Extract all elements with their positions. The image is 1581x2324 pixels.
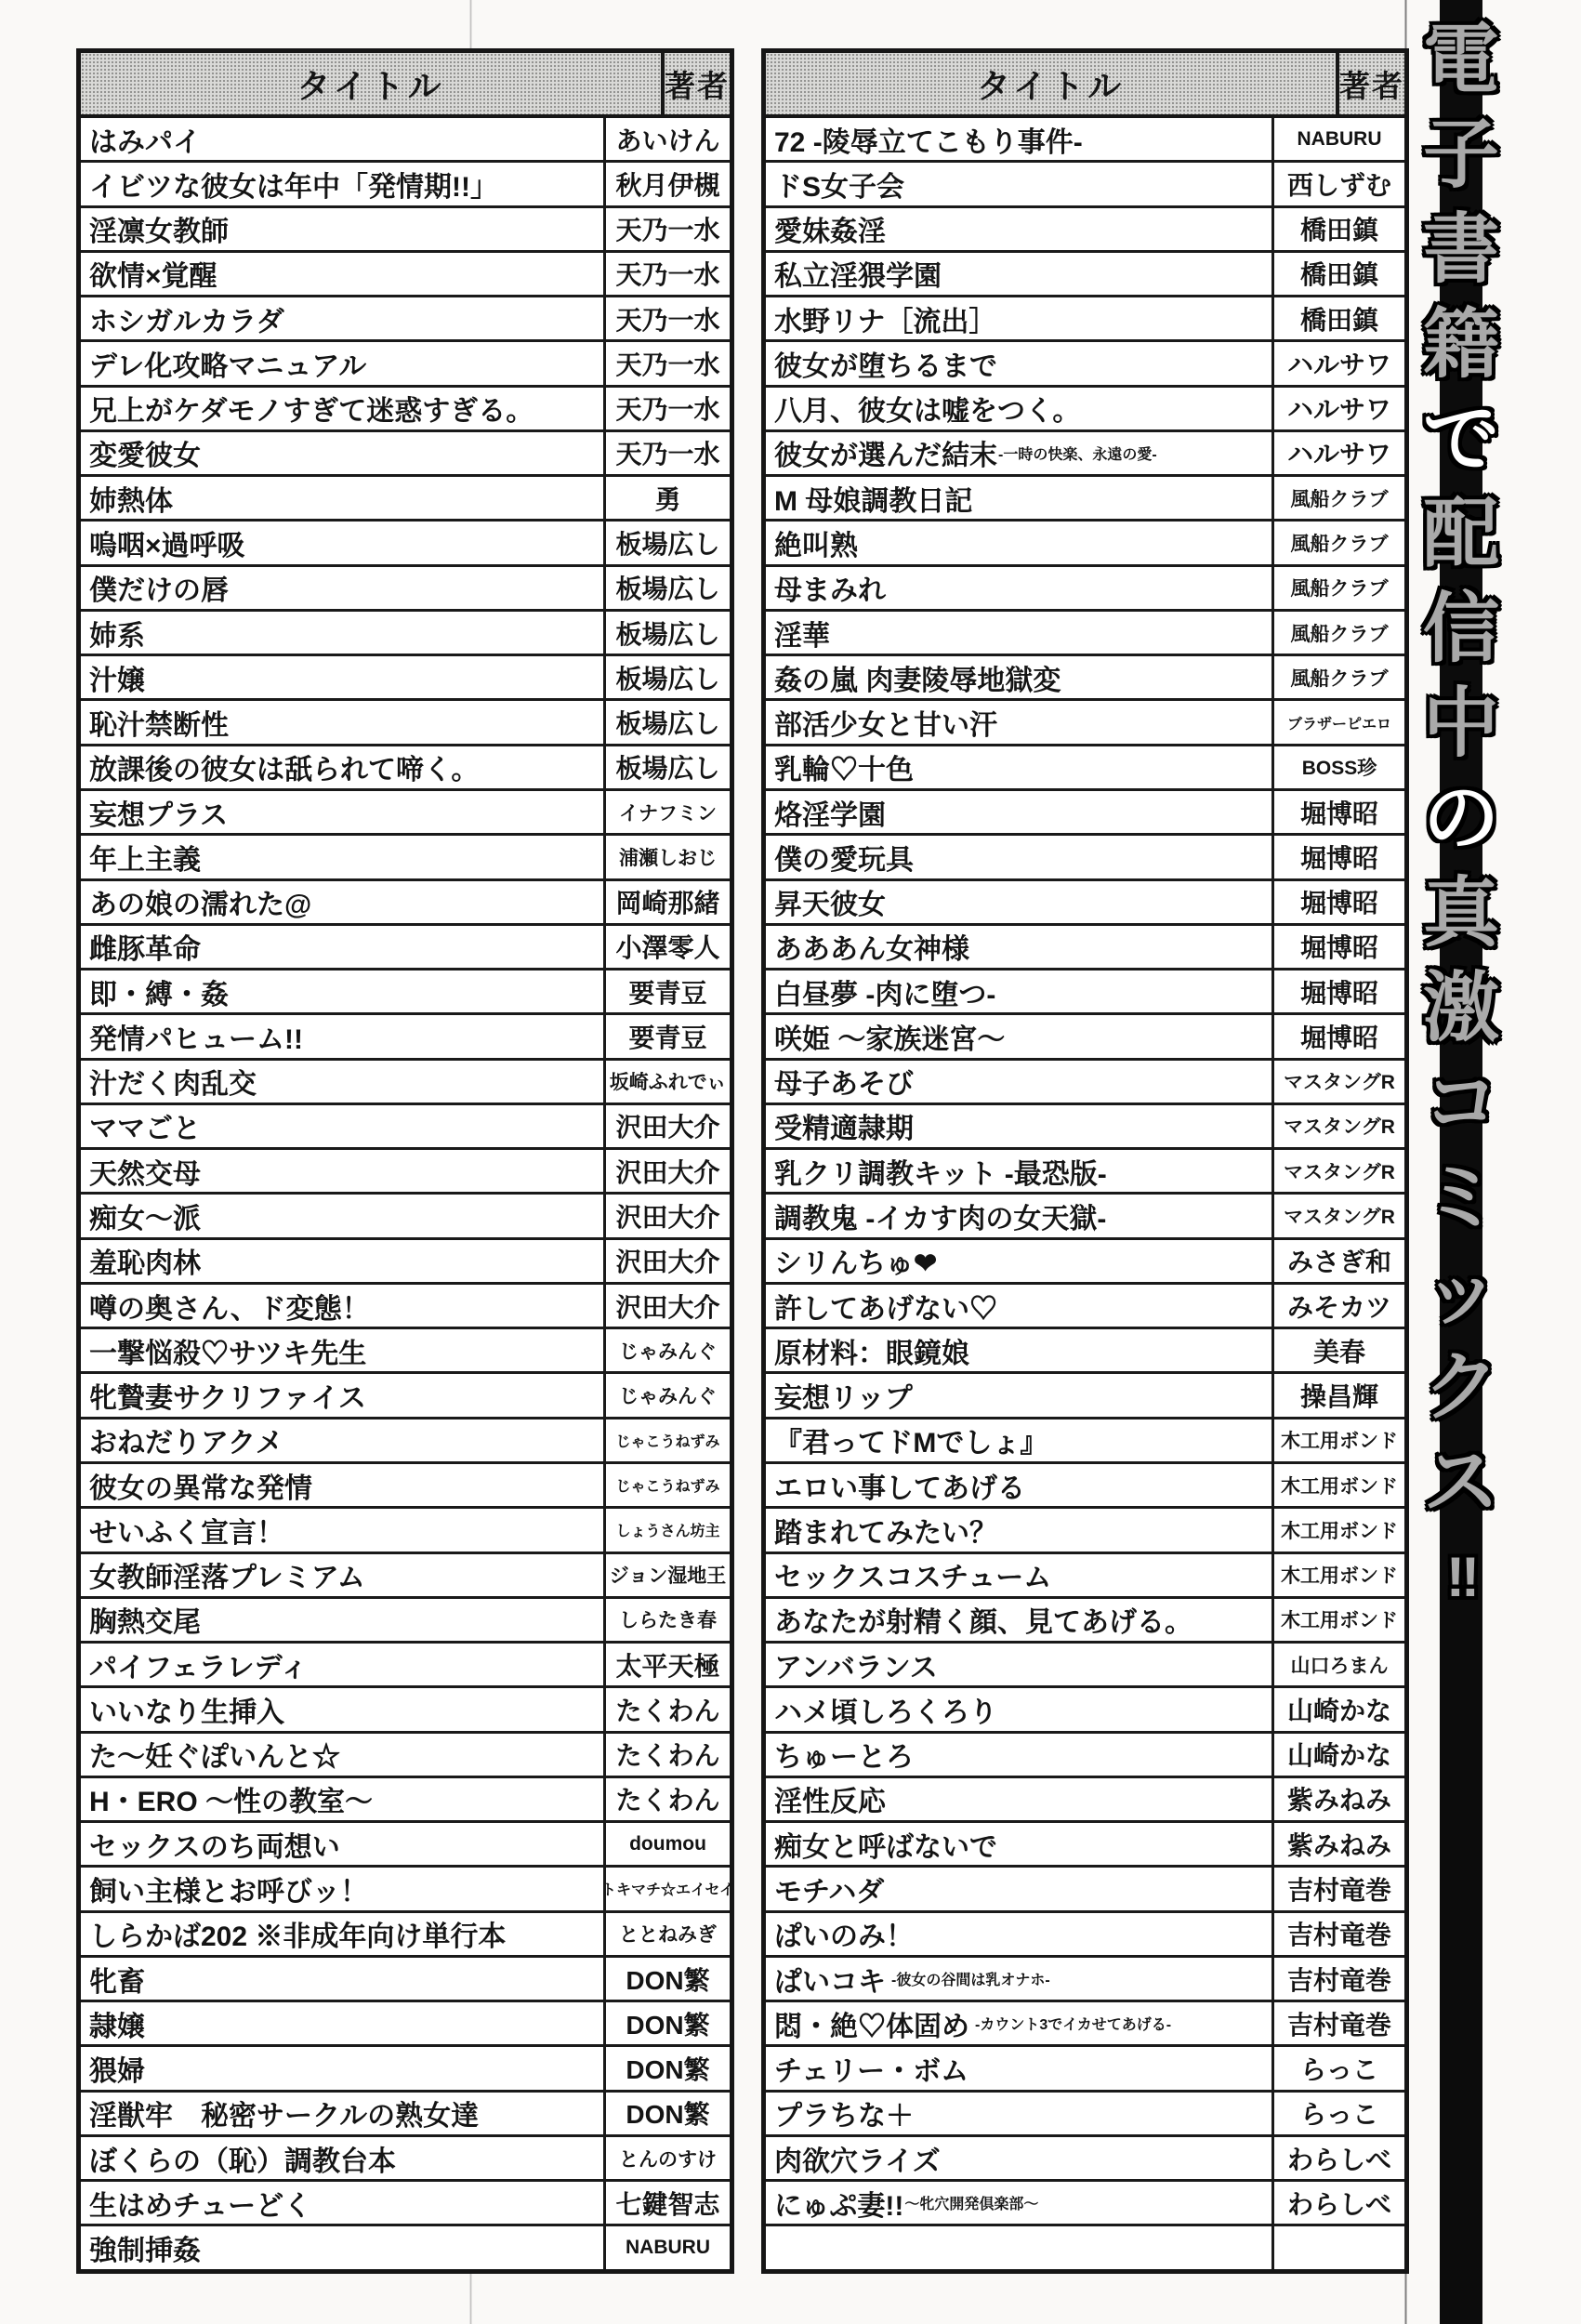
author-cell: 板場広し [606,522,730,563]
book-title: ドS女子会 [774,164,904,205]
title-cell: 母子あそび [766,1061,1274,1103]
table-row: あああん女神様堀博昭 [766,926,1404,971]
title-cell: ホシガルカラダ [81,297,606,339]
author-cell: わらしべ [1274,2182,1404,2224]
table-row: 嗚咽×過呼吸板場広し [81,522,730,566]
book-title: 妄想プラス [89,792,228,833]
book-list-table-left: タイトル 著者 はみパイあいけんイビツな彼女は年中「発情期!!」秋月伊槻淫凛女教… [76,48,734,2274]
title-cell: しらかば202 ※非成年向け単行本 [81,1913,606,1955]
table-row: モチハダ吉村竜巻 [766,1868,1404,1912]
book-title: 淫性反応 [774,1778,886,1819]
book-title: 受精適隷期 [774,1105,914,1146]
author-cell: DON繁 [606,2093,730,2134]
book-title: 僕の愛玩具 [774,837,914,878]
title-cell: 恥汁禁断性 [81,701,606,743]
author-cell: ジョン湿地王 [606,1554,730,1596]
author-cell: 天乃一水 [606,297,730,339]
author-cell: 操昌輝 [1274,1374,1404,1416]
author-cell: 板場広し [606,612,730,654]
book-title: シリんちゅ❤ [774,1240,937,1281]
book-title: 彼女が堕ちるまで [774,343,997,384]
book-title: せいふく宣言！ [89,1510,284,1551]
title-cell: ぱいコキ-彼女の谷間は乳オナホ- [766,1958,1274,2000]
title-cell: 僕だけの唇 [81,567,606,609]
book-title: 乳クリ調教キット -最恐版- [774,1151,1107,1192]
table-row: 乳輪♡十色BOSS珍 [766,746,1404,791]
book-title: 姉熱体 [89,478,173,519]
book-title: 汁だく肉乱交 [89,1061,257,1102]
table-row: 淫性反応紫みねみ [766,1778,1404,1823]
book-title: 隷嬢 [89,2003,145,2044]
title-cell: 猥婦 [81,2047,606,2089]
author-cell: ハルサワ [1274,342,1404,384]
table-row: 愛妹姦淫橋田鎮 [766,208,1404,253]
title-cell: 放課後の彼女は舐られて啼く。 [81,746,606,788]
title-cell: 彼女が堕ちるまで [766,342,1274,384]
title-cell: セックスコスチューム [766,1554,1274,1596]
author-cell: 堀博昭 [1274,836,1404,878]
table-row: 変愛彼女天乃一水 [81,432,730,477]
author-cell: 風船クラブ [1274,567,1404,609]
title-cell: 72 -陵辱立てこもり事件- [766,118,1274,160]
table-row: せいふく宣言！しょうさん坊主 [81,1509,730,1553]
table-row: 強制挿姦NABURU [81,2226,730,2268]
book-title: 姦の嵐 肉妻陵辱地獄変 [774,657,1061,698]
book-title: 僕だけの唇 [89,567,229,608]
title-cell: 彼女が選んだ結末-一時の快楽、永遠の愛- [766,432,1274,474]
book-title: いいなり生挿入 [89,1689,284,1730]
scanned-catalog-page: タイトル 著者 はみパイあいけんイビツな彼女は年中「発情期!!」秋月伊槻淫凛女教… [0,0,1581,2324]
book-title: 私立淫猥学園 [774,253,942,294]
author-cell: 紫みねみ [1274,1823,1404,1865]
title-cell: 淫獣牢 秘密サークルの熟女達 [81,2093,606,2134]
author-cell: 木工用ボンド [1274,1599,1404,1641]
table-row: パイフェラレディ太平天極 [81,1644,730,1688]
table-row: 淫獣牢 秘密サークルの熟女達DON繁 [81,2093,730,2137]
banner-character: 真 [1415,866,1508,961]
banner-character: の [1415,772,1508,866]
table-header-row: タイトル 著者 [81,53,730,118]
table-row: 部活少女と甘い汗ブラザーピエロ [766,701,1404,746]
author-cell: らっこ [1274,2093,1404,2134]
table-row: ぼくらの（恥）調教台本とんのすけ [81,2137,730,2182]
table-row: 彼女の異常な発情じゃこうねずみ [81,1464,730,1509]
book-title: 母子あそび [774,1061,914,1102]
banner-character: 中 [1415,677,1508,772]
author-cell: らっこ [1274,2047,1404,2089]
book-title: 天然交母 [89,1151,201,1192]
book-subtitle: -彼女の谷間は乳オナホ- [891,1968,1050,1989]
book-title: チェリー・ボム [774,2048,968,2089]
book-title: ちゅーとろ [774,1734,914,1775]
author-cell: 橋田鎮 [1274,208,1404,250]
author-cell: 沢田大介 [606,1105,730,1147]
title-cell: 愛妹姦淫 [766,208,1274,250]
title-cell: 女教師淫落プレミアム [81,1554,606,1596]
author-cell: 板場広し [606,567,730,609]
author-cell: トキマチ☆エイセイ [606,1868,730,1909]
banner-character: 配 [1415,487,1508,582]
author-column-header: 著者 [1339,53,1404,114]
author-cell: 沢田大介 [606,1240,730,1282]
author-cell: 紫みねみ [1274,1778,1404,1820]
table-row: 汁嬢板場広し [81,656,730,701]
author-cell: イナフミン [606,791,730,833]
author-cell: 橋田鎮 [1274,297,1404,339]
book-title: 悶・絶♡体固め [774,2003,969,2044]
book-list-table-right: タイトル 著者 72 -陵辱立てこもり事件-NABURUドS女子会西しずむ愛妹姦… [761,48,1409,2274]
title-cell: 私立淫猥学園 [766,253,1274,295]
book-title: 痴女～派 [89,1195,201,1236]
table-row: 八月、彼女は嘘をつく。ハルサワ [766,388,1404,432]
title-cell: 淫性反応 [766,1778,1274,1820]
author-cell: みさぎ和 [1274,1240,1404,1282]
title-column-header: タイトル [766,53,1339,114]
table-row: 欲情×覚醒天乃一水 [81,253,730,297]
author-cell: 坂崎ふれでぃ [606,1061,730,1103]
title-cell: 原材料：眼鏡娘 [766,1329,1274,1371]
book-title: アンバランス [774,1644,938,1685]
table-row: 恥汁禁断性板場広し [81,701,730,746]
table-row: 淫凛女教師天乃一水 [81,208,730,253]
book-title: 淫獣牢 秘密サークルの熟女達 [89,2093,479,2133]
author-cell: マスタングR [1274,1150,1404,1192]
book-title: 即・縛・姦 [89,971,229,1012]
title-cell: 乳輪♡十色 [766,746,1274,788]
author-cell: 七鍵智志 [606,2182,730,2224]
author-cell: じゃみんぐ [606,1374,730,1416]
table-row: 許してあげない♡みそカツ [766,1285,1404,1329]
author-cell: しょうさん坊主 [606,1509,730,1551]
table-row: ぱいコキ-彼女の谷間は乳オナホ-吉村竜巻 [766,1958,1404,2002]
table-row: チェリー・ボムらっこ [766,2047,1404,2092]
book-title: しらかば202 ※非成年向け単行本 [89,1913,506,1954]
table-row: 発情パヒューム!!要青豆 [81,1015,730,1060]
author-cell: 太平天極 [606,1644,730,1685]
author-column-header: 著者 [665,53,730,114]
book-title: 生はめチューどく [89,2183,311,2224]
book-title: 強制挿姦 [89,2227,201,2268]
title-cell: 僕の愛玩具 [766,836,1274,878]
book-title: デレ化攻略マニュアル [89,343,366,384]
title-cell: 『君ってドMでしょ』 [766,1419,1274,1461]
table-row: にゅぷ妻!!～牝穴開発倶楽部～わらしべ [766,2182,1404,2226]
title-cell: H・ERO ～性の教室～ [81,1778,606,1820]
title-cell: た～妊ぐぽいんと☆ [81,1734,606,1776]
title-cell: イビツな彼女は年中「発情期!!」 [81,163,606,205]
vertical-banner-text: 電子書籍で配信中の真激コミックス!! [1415,13,1508,1625]
table-row: 僕の愛玩具堀博昭 [766,836,1404,880]
author-cell: ハルサワ [1274,388,1404,429]
author-cell: 秋月伊槻 [606,163,730,205]
table-row: エロい事してあげる木工用ボンド [766,1464,1404,1509]
table-row: 母子あそびマスタングR [766,1061,1404,1105]
author-cell: マスタングR [1274,1105,1404,1147]
title-cell: M 母娘調教日記 [766,477,1274,519]
book-title: 淫凛女教師 [89,208,229,249]
table-row: 天然交母沢田大介 [81,1150,730,1195]
author-cell: DON繁 [606,2047,730,2089]
book-title: ホシガルカラダ [89,298,284,339]
author-cell: じゃこうねずみ [606,1419,730,1461]
table-row: 妄想リップ操昌輝 [766,1374,1404,1419]
author-cell: じゃこうねずみ [606,1464,730,1506]
book-title: 猥婦 [89,2048,145,2089]
title-cell: 姉系 [81,612,606,654]
table-row: た～妊ぐぽいんと☆たくわん [81,1734,730,1778]
author-cell: たくわん [606,1734,730,1776]
table-row: 乳クリ調教キット -最恐版-マスタングR [766,1150,1404,1195]
table-row: 昇天彼女堀博昭 [766,881,1404,926]
book-title: 絶叫熟 [774,522,858,563]
author-cell: 風船クラブ [1274,477,1404,519]
title-cell: 胸熱交尾 [81,1599,606,1641]
book-title: 雌豚革命 [89,926,201,967]
table-row: あの娘の濡れた@岡崎那緒 [81,881,730,926]
title-cell: 姦の嵐 肉妻陵辱地獄変 [766,656,1274,698]
author-cell: 浦瀬しおじ [606,836,730,878]
title-cell: 汁だく肉乱交 [81,1061,606,1103]
title-cell: 牝贄妻サクリファイス [81,1374,606,1416]
book-title: 彼女が選んだ結末 [774,432,997,473]
table-row: 肉欲穴ライズわらしべ [766,2137,1404,2182]
title-cell: 兄上がケダモノすぎて迷惑すぎる。 [81,388,606,429]
author-cell: 要青豆 [606,971,730,1012]
author-cell: 堀博昭 [1274,1015,1404,1057]
author-cell: 吉村竜巻 [1274,2002,1404,2044]
title-cell: 雌豚革命 [81,926,606,968]
banner-character: 電 [1415,13,1508,108]
book-title: 牝贄妻サクリファイス [89,1375,366,1416]
title-cell: 変愛彼女 [81,432,606,474]
title-cell: 隷嬢 [81,2002,606,2044]
table-row: ちゅーとろ山崎かな [766,1734,1404,1778]
author-cell: 西しずむ [1274,163,1404,205]
book-title: 調教鬼 -イカす肉の女天獄- [774,1195,1106,1236]
book-title: あの娘の濡れた@ [89,881,311,922]
author-cell: 山崎かな [1274,1734,1404,1776]
book-title: 放課後の彼女は舐られて啼く。 [89,746,479,787]
author-cell: じゃみんぐ [606,1329,730,1371]
author-cell: しらたき春 [606,1599,730,1641]
title-cell: 絶叫熟 [766,522,1274,563]
book-title: 咲姫 ～家族迷宮～ [774,1016,1005,1057]
book-title: 女教師淫落プレミアム [89,1554,365,1595]
title-cell: ちゅーとろ [766,1734,1274,1776]
author-cell: 吉村竜巻 [1274,1958,1404,2000]
author-cell: とんのすけ [606,2137,730,2179]
table-row: 一撃悩殺♡サツキ先生じゃみんぐ [81,1329,730,1374]
book-title: た～妊ぐぽいんと☆ [89,1734,340,1775]
table-row: 痴女と呼ばないで紫みねみ [766,1823,1404,1868]
author-cell: 天乃一水 [606,342,730,384]
table-row: 絶叫熟風船クラブ [766,522,1404,566]
table-row: 母まみれ風船クラブ [766,567,1404,612]
author-cell: 吉村竜巻 [1274,1868,1404,1909]
title-cell: ドS女子会 [766,163,1274,205]
table-row: 白昼夢 -肉に堕つ-堀博昭 [766,971,1404,1015]
title-cell: 烙淫学園 [766,791,1274,833]
author-cell: 板場広し [606,656,730,698]
table-row: 即・縛・姦要青豆 [81,971,730,1015]
book-title: 欲情×覚醒 [89,253,217,294]
author-cell [1274,2226,1404,2268]
banner-character: ッ [1415,1246,1508,1340]
table-row: 女教師淫落プレミアムジョン湿地王 [81,1554,730,1599]
title-cell: 悶・絶♡体固め-カウント3でイカせてあげる- [766,2002,1274,2044]
book-title: セックスのち両想い [89,1824,340,1865]
author-cell: 木工用ボンド [1274,1419,1404,1461]
table-header-row: タイトル 著者 [766,53,1404,118]
book-title: 恥汁禁断性 [89,702,229,743]
title-cell: 調教鬼 -イカす肉の女天獄- [766,1195,1274,1236]
author-cell: マスタングR [1274,1061,1404,1103]
table-row: 咲姫 ～家族迷宮～堀博昭 [766,1015,1404,1060]
banner-character: ス [1415,1435,1508,1530]
title-cell: 八月、彼女は嘘をつく。 [766,388,1274,429]
title-cell: 肉欲穴ライズ [766,2137,1274,2179]
author-cell: たくわん [606,1688,730,1730]
title-cell: エロい事してあげる [766,1464,1274,1506]
author-cell: みそカツ [1274,1285,1404,1327]
table-row: イビツな彼女は年中「発情期!!」秋月伊槻 [81,163,730,207]
table-row: 彼女が選んだ結末-一時の快楽、永遠の愛-ハルサワ [766,432,1404,477]
title-cell: デレ化攻略マニュアル [81,342,606,384]
book-title: 白昼夢 -肉に堕つ- [774,971,995,1012]
book-title: 肉欲穴ライズ [774,2138,941,2179]
table-row: セックスのち両想いdoumou [81,1823,730,1868]
book-title: 噂の奥さん、ド変態！ [89,1286,370,1327]
book-title: 部活少女と甘い汗 [774,702,997,743]
author-cell: 板場広し [606,746,730,788]
table-row: H・ERO ～性の教室～たくわん [81,1778,730,1823]
book-title: ぱいのみ！ [774,1913,914,1954]
table-row: はみパイあいけん [81,118,730,163]
book-title: 乳輪♡十色 [774,746,914,787]
table-row: 『君ってドMでしょ』木工用ボンド [766,1419,1404,1464]
title-cell: 飼い主様とお呼びッ！ [81,1868,606,1909]
author-cell: 美春 [1274,1329,1404,1371]
table-row: 胸熱交尾しらたき春 [81,1599,730,1644]
author-cell: 天乃一水 [606,432,730,474]
author-cell: ブラザーピエロ [1274,701,1404,743]
author-cell: 沢田大介 [606,1195,730,1236]
book-title: 汁嬢 [89,657,145,698]
table-row: 調教鬼 -イカす肉の女天獄-マスタングR [766,1195,1404,1239]
table-row: 牝贄妻サクリファイスじゃみんぐ [81,1374,730,1419]
title-cell: 羞恥肉林 [81,1240,606,1282]
title-cell: ママごと [81,1105,606,1147]
author-cell: 天乃一水 [606,208,730,250]
book-title: 変愛彼女 [89,432,201,473]
table-row: 姉熱体勇 [81,477,730,522]
book-title: M 母娘調教日記 [774,478,972,519]
author-cell: NABURU [1274,118,1404,160]
title-cell: 昇天彼女 [766,881,1274,923]
table-row: あなたが射精く顔、見てあげる。木工用ボンド [766,1599,1404,1644]
table-row: 姉系板場広し [81,612,730,656]
table-row: M 母娘調教日記風船クラブ [766,477,1404,522]
title-cell: 妄想リップ [766,1374,1274,1416]
title-cell: セックスのち両想い [81,1823,606,1865]
book-title: 兄上がケダモノすぎて迷惑すぎる。 [89,388,534,429]
table-row: 淫華風船クラブ [766,612,1404,656]
book-title: はみパイ [89,119,201,160]
table-row: 生はめチューどく七鍵智志 [81,2182,730,2226]
table-row: 隷嬢DON繁 [81,2002,730,2047]
book-title: あなたが射精く顔、見てあげる。 [774,1599,1192,1640]
book-title: プラちな＋ [774,2093,914,2133]
book-title: 胸熱交尾 [89,1599,201,1640]
title-cell: 嗚咽×過呼吸 [81,522,606,563]
author-cell: マスタングR [1274,1195,1404,1236]
book-title: 羞恥肉林 [89,1240,201,1281]
author-cell: 山口ろまん [1274,1644,1404,1685]
banner-character: ク [1415,1340,1508,1435]
author-cell: ととねみぎ [606,1913,730,1955]
table-row: 羞恥肉林沢田大介 [81,1240,730,1285]
title-cell: 姉熱体 [81,477,606,519]
book-title: 彼女の異常な発情 [89,1465,312,1506]
book-title: あああん女神様 [774,926,969,967]
title-cell: チェリー・ボム [766,2047,1274,2089]
title-cell: 汁嬢 [81,656,606,698]
book-title: 愛妹姦淫 [774,208,886,249]
table-row: しらかば202 ※非成年向け単行本ととねみぎ [81,1913,730,1958]
book-title: 発情パヒューム!! [89,1016,303,1057]
table-body: 72 -陵辱立てこもり事件-NABURUドS女子会西しずむ愛妹姦淫橋田鎮私立淫猥… [766,118,1404,2269]
banner-character: 子 [1415,108,1508,203]
table-row: 姦の嵐 肉妻陵辱地獄変風船クラブ [766,656,1404,701]
table-row: 烙淫学園堀博昭 [766,791,1404,836]
title-cell: ぱいのみ！ [766,1913,1274,1955]
author-cell: BOSS珍 [1274,746,1404,788]
title-cell: いいなり生挿入 [81,1688,606,1730]
author-cell: 木工用ボンド [1274,1464,1404,1506]
title-cell: せいふく宣言！ [81,1509,606,1551]
table-row: ハメ頃しろくろり山崎かな [766,1688,1404,1733]
book-title: 許してあげない♡ [774,1286,997,1327]
banner-character: ミ [1415,1151,1508,1246]
title-cell: 欲情×覚醒 [81,253,606,295]
title-cell: 噂の奥さん、ド変態！ [81,1285,606,1327]
book-title: 嗚咽×過呼吸 [89,522,245,563]
book-title: H・ERO ～性の教室～ [89,1778,373,1819]
author-cell: 木工用ボンド [1274,1509,1404,1551]
author-cell: 勇 [606,477,730,519]
title-cell: 即・縛・姦 [81,971,606,1012]
title-cell: 天然交母 [81,1150,606,1192]
table-row: ママごと沢田大介 [81,1105,730,1150]
table-row: 放課後の彼女は舐られて啼く。板場広し [81,746,730,791]
author-cell: 風船クラブ [1274,522,1404,563]
author-cell: 堀博昭 [1274,881,1404,923]
title-cell: あの娘の濡れた@ [81,881,606,923]
title-cell: 淫華 [766,612,1274,654]
title-cell: パイフェラレディ [81,1644,606,1685]
table-row: 汁だく肉乱交坂崎ふれでぃ [81,1061,730,1105]
table-row: 受精適隷期マスタングR [766,1105,1404,1150]
table-row: ドS女子会西しずむ [766,163,1404,207]
table-body: はみパイあいけんイビツな彼女は年中「発情期!!」秋月伊槻淫凛女教師天乃一水欲情×… [81,118,730,2269]
table-row: プラちな＋らっこ [766,2093,1404,2137]
table-row: おねだりアクメじゃこうねずみ [81,1419,730,1464]
book-subtitle: -一時の快楽、永遠の愛- [998,442,1157,464]
author-cell: 山崎かな [1274,1688,1404,1730]
table-row: 水野リナ［流出］橋田鎮 [766,297,1404,342]
banner-character: コ [1415,1056,1508,1151]
author-cell: 橋田鎮 [1274,253,1404,295]
